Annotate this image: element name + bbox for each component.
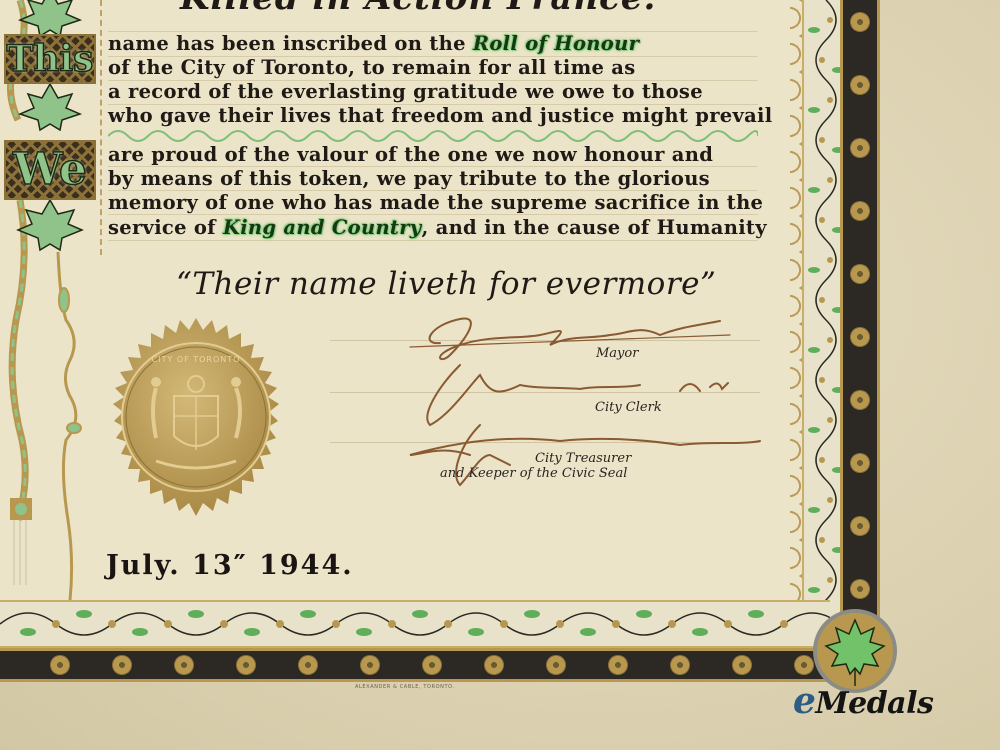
paragraph2-line2: by means of this token, we pay tribute t… <box>108 167 710 190</box>
svg-text:CITY OF TORONTO: CITY OF TORONTO <box>152 355 241 364</box>
paragraph2-line1: are proud of the valour of the one we no… <box>108 143 713 166</box>
margin-rule <box>100 0 102 255</box>
heading-killed-in-action: Killed in Action France. <box>180 0 656 18</box>
scroll-divider-ornament-icon <box>108 128 758 144</box>
dark-floral-band-right <box>840 0 880 680</box>
king-and-country-highlight: King and Country <box>223 216 422 239</box>
watermark-medals: Medals <box>815 686 933 721</box>
text: service of <box>108 216 223 239</box>
title-city-clerk: City Clerk <box>595 400 662 415</box>
text: name has been inscribed on the <box>108 32 473 55</box>
title-keeper-of-civic-seal: and Keeper of the Civic Seal <box>440 466 627 481</box>
dark-floral-band-bottom <box>0 648 860 682</box>
rosette-icon <box>174 655 194 675</box>
rosette-icon <box>422 655 442 675</box>
paragraph2-line4: service of King and Country, and in the … <box>108 216 767 239</box>
paragraph1-line2: of the City of Toronto, to remain for al… <box>108 56 636 79</box>
printer-imprint: Alexander & Cable, Toronto. <box>355 684 455 690</box>
rosette-icon <box>50 655 70 675</box>
rosette-icon <box>732 655 752 675</box>
text: , and in the cause of Humanity <box>421 216 766 239</box>
emedals-watermark-logo: eMedals <box>793 680 933 722</box>
rosette-icon <box>850 390 870 410</box>
rosette-icon <box>546 655 566 675</box>
rosette-icon <box>850 12 870 32</box>
rosette-icon <box>360 655 380 675</box>
rosette-icon <box>484 655 504 675</box>
rosette-icon <box>850 138 870 158</box>
title-city-treasurer: City Treasurer <box>535 451 631 466</box>
rosette-icon <box>850 201 870 221</box>
title-mayor: Mayor <box>596 346 638 361</box>
maple-vine-ornament-icon <box>0 0 100 600</box>
illuminated-initial-this: This <box>4 34 96 84</box>
motto: “Their name liveth for evermore” <box>176 266 716 302</box>
paragraph1-line1: name has been inscribed on the Roll of H… <box>108 32 639 55</box>
rosette-icon <box>298 655 318 675</box>
rosette-icon <box>794 655 814 675</box>
rosette-icon <box>850 75 870 95</box>
rosette-icon <box>850 264 870 284</box>
vine-border-bottom <box>0 600 830 648</box>
rosette-icon <box>850 579 870 599</box>
scalloped-border <box>790 0 802 600</box>
ruled-line <box>108 240 758 241</box>
roll-of-honour-highlight: Roll of Honour <box>473 32 639 55</box>
paragraph2-line3: memory of one who has made the supreme s… <box>108 191 763 214</box>
rosette-icon <box>850 453 870 473</box>
paragraph1-line3: a record of the everlasting gratitude we… <box>108 80 703 103</box>
city-of-toronto-seal-icon: CITY OF TORONTO <box>86 316 306 530</box>
scroll-vine-ornament-icon <box>0 602 830 646</box>
rosette-icon <box>236 655 256 675</box>
left-ornament-column: This We <box>0 0 100 600</box>
rosette-icon <box>608 655 628 675</box>
rosette-icon <box>670 655 690 675</box>
rosette-icon <box>112 655 132 675</box>
rosette-icon <box>850 516 870 536</box>
watermark-e: e <box>793 680 815 722</box>
illuminated-initial-we: We <box>4 140 96 200</box>
paragraph1-line4: who gave their lives that freedom and ju… <box>108 104 772 127</box>
ruled-line <box>108 214 758 215</box>
rosette-icon <box>850 327 870 347</box>
certificate-date: July. 13″ 1944. <box>106 550 354 581</box>
